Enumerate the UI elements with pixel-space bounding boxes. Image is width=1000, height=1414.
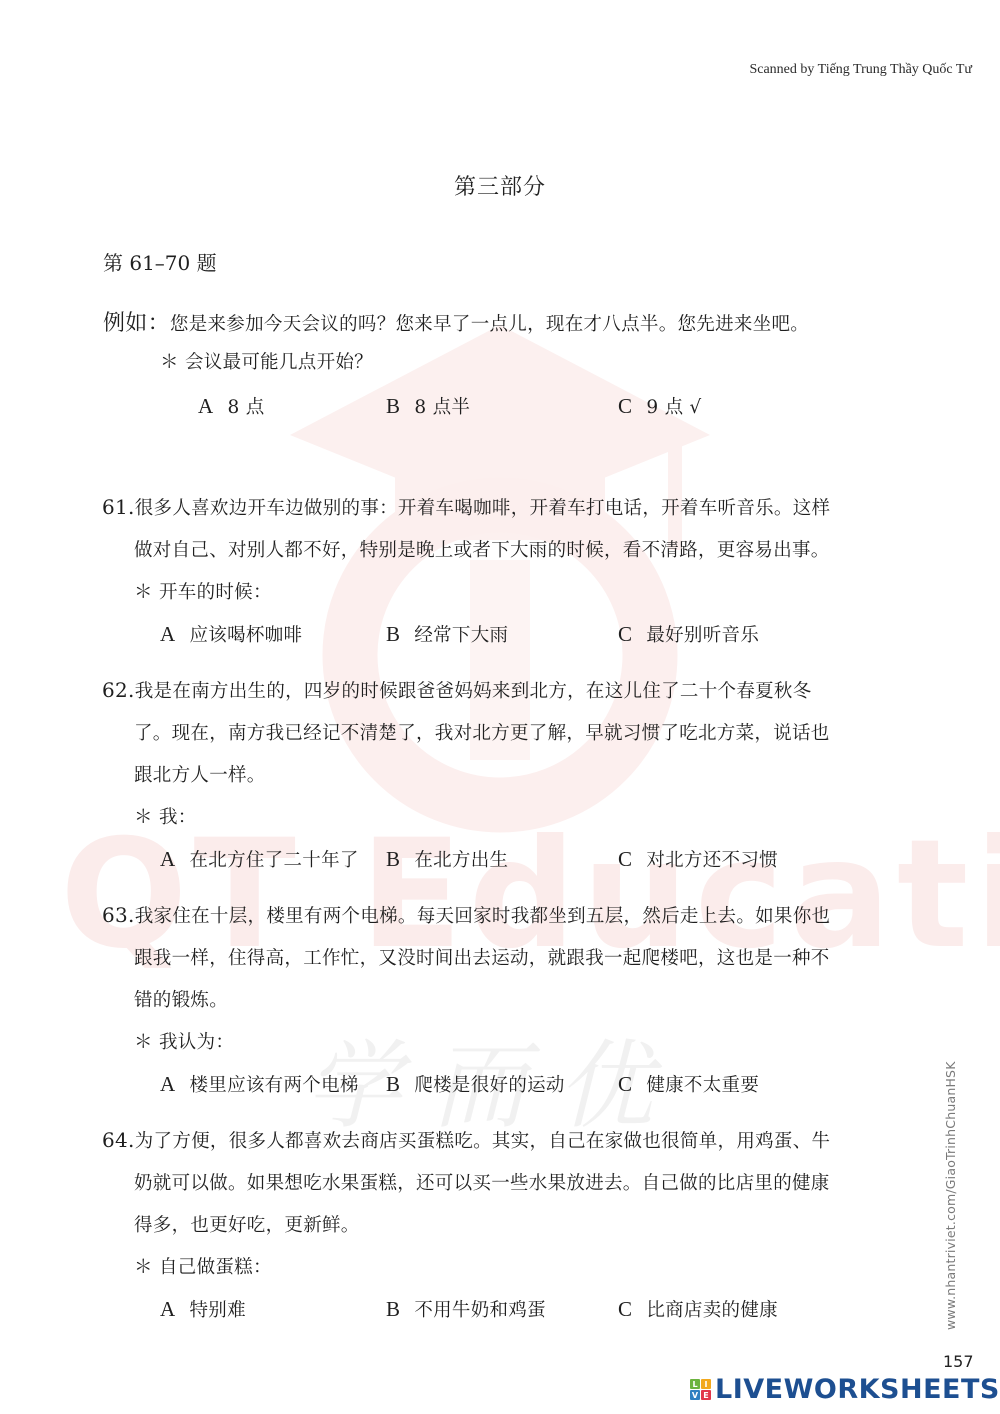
question-64-line-1: 64.为了方便，很多人都喜欢去商店买蛋糕吃。其实，自己在家做也很简单，用鸡蛋、牛 <box>102 1127 830 1153</box>
section-title: 第三部分 <box>0 170 1000 201</box>
question-range: 第 61–70 题 <box>103 247 217 276</box>
question-62-line-3: 跟北方人一样。 <box>134 761 266 787</box>
question-64-option-b[interactable]: B不用牛奶和鸡蛋 <box>386 1296 546 1322</box>
question-61-prompt: ＊ 开车的时候： <box>134 578 272 604</box>
check-mark-icon: √ <box>689 397 701 418</box>
example-question: ＊ 会议最可能几点开始？ <box>160 348 373 374</box>
question-63-prompt: ＊ 我认为： <box>134 1028 234 1054</box>
question-61-option-c[interactable]: C最好别听音乐 <box>618 621 759 647</box>
question-63-line-1: 63.我家住在十层，楼里有两个电梯。每天回家时我都坐到五层，然后走上去。如果你也 <box>102 902 830 928</box>
question-62-line-2: 了。现在，南方我已经记不清楚了，我对北方更了解，早就习惯了吃北方菜，说话也 <box>134 719 830 745</box>
side-url: www.nhantriviet.com/GiaoTrinhChuanHSK <box>943 1061 958 1330</box>
question-61-option-a[interactable]: A应该喝杯咖啡 <box>160 621 302 647</box>
question-61-line-2: 做对自己、对别人都不好，特别是晚上或者下大雨的时候，看不清路，更容易出事。 <box>134 536 830 562</box>
question-64-line-3: 得多，也更好吃，更新鲜。 <box>134 1211 360 1237</box>
liveworksheets-logo[interactable]: L I V E LIVEWORKSHEETS <box>690 1376 1000 1403</box>
page-number: 157 <box>943 1352 974 1371</box>
question-63-line-3: 错的锻炼。 <box>134 986 228 1012</box>
question-63-line-2: 跟我一样，住得高，工作忙，又没时间出去运动，就跟我一起爬楼吧，这也是一种不 <box>134 944 830 970</box>
watermark-logo <box>0 0 1000 1414</box>
scan-credit: Scanned by Tiếng Trung Thầy Quốc Tư <box>749 62 972 78</box>
question-62-prompt: ＊ 我： <box>134 803 197 829</box>
question-63-option-c[interactable]: C健康不太重要 <box>618 1071 759 1097</box>
question-61-option-b[interactable]: B经常下大雨 <box>386 621 508 647</box>
question-64-prompt: ＊ 自己做蛋糕： <box>134 1253 272 1279</box>
question-62-line-1: 62.我是在南方出生的，四岁的时候跟爸爸妈妈来到北方，在这儿住了二十个春夏秋冬 <box>102 677 812 703</box>
liveworksheets-tiles-icon: L I V E <box>690 1379 711 1400</box>
question-64-option-a[interactable]: A特别难 <box>160 1296 246 1322</box>
question-64-line-2: 奶就可以做。如果想吃水果蛋糕，还可以买一些水果放进去。自己做的比店里的健康 <box>134 1169 830 1195</box>
example-label: 例如： <box>103 311 170 336</box>
example-passage: 例如：您是来参加今天会议的吗？您来早了一点儿，现在才八点半。您先进来坐吧。 <box>103 306 809 337</box>
tile-l: L <box>690 1379 700 1389</box>
question-62-option-a[interactable]: A在北方住了二十年了 <box>160 846 359 872</box>
question-62-option-c[interactable]: C对北方还不习惯 <box>618 846 778 872</box>
question-64-option-c[interactable]: C比商店卖的健康 <box>618 1296 778 1322</box>
liveworksheets-wordmark: LIVEWORKSHEETS <box>715 1376 1000 1403</box>
example-option-b: B8 点半 <box>386 393 470 419</box>
tile-v: V <box>690 1390 700 1400</box>
question-61-line-1: 61.很多人喜欢边开车边做别的事：开着车喝咖啡，开着车打电话，开着车听音乐。这样 <box>102 494 830 520</box>
tile-i: I <box>701 1379 711 1389</box>
question-63-option-b[interactable]: B爬楼是很好的运动 <box>386 1071 565 1097</box>
question-63-option-a[interactable]: A楼里应该有两个电梯 <box>160 1071 359 1097</box>
example-option-c: C9 点√ <box>618 393 701 419</box>
tile-e: E <box>701 1390 711 1400</box>
question-62-option-b[interactable]: B在北方出生 <box>386 846 508 872</box>
example-option-a: A8 点 <box>198 393 265 419</box>
